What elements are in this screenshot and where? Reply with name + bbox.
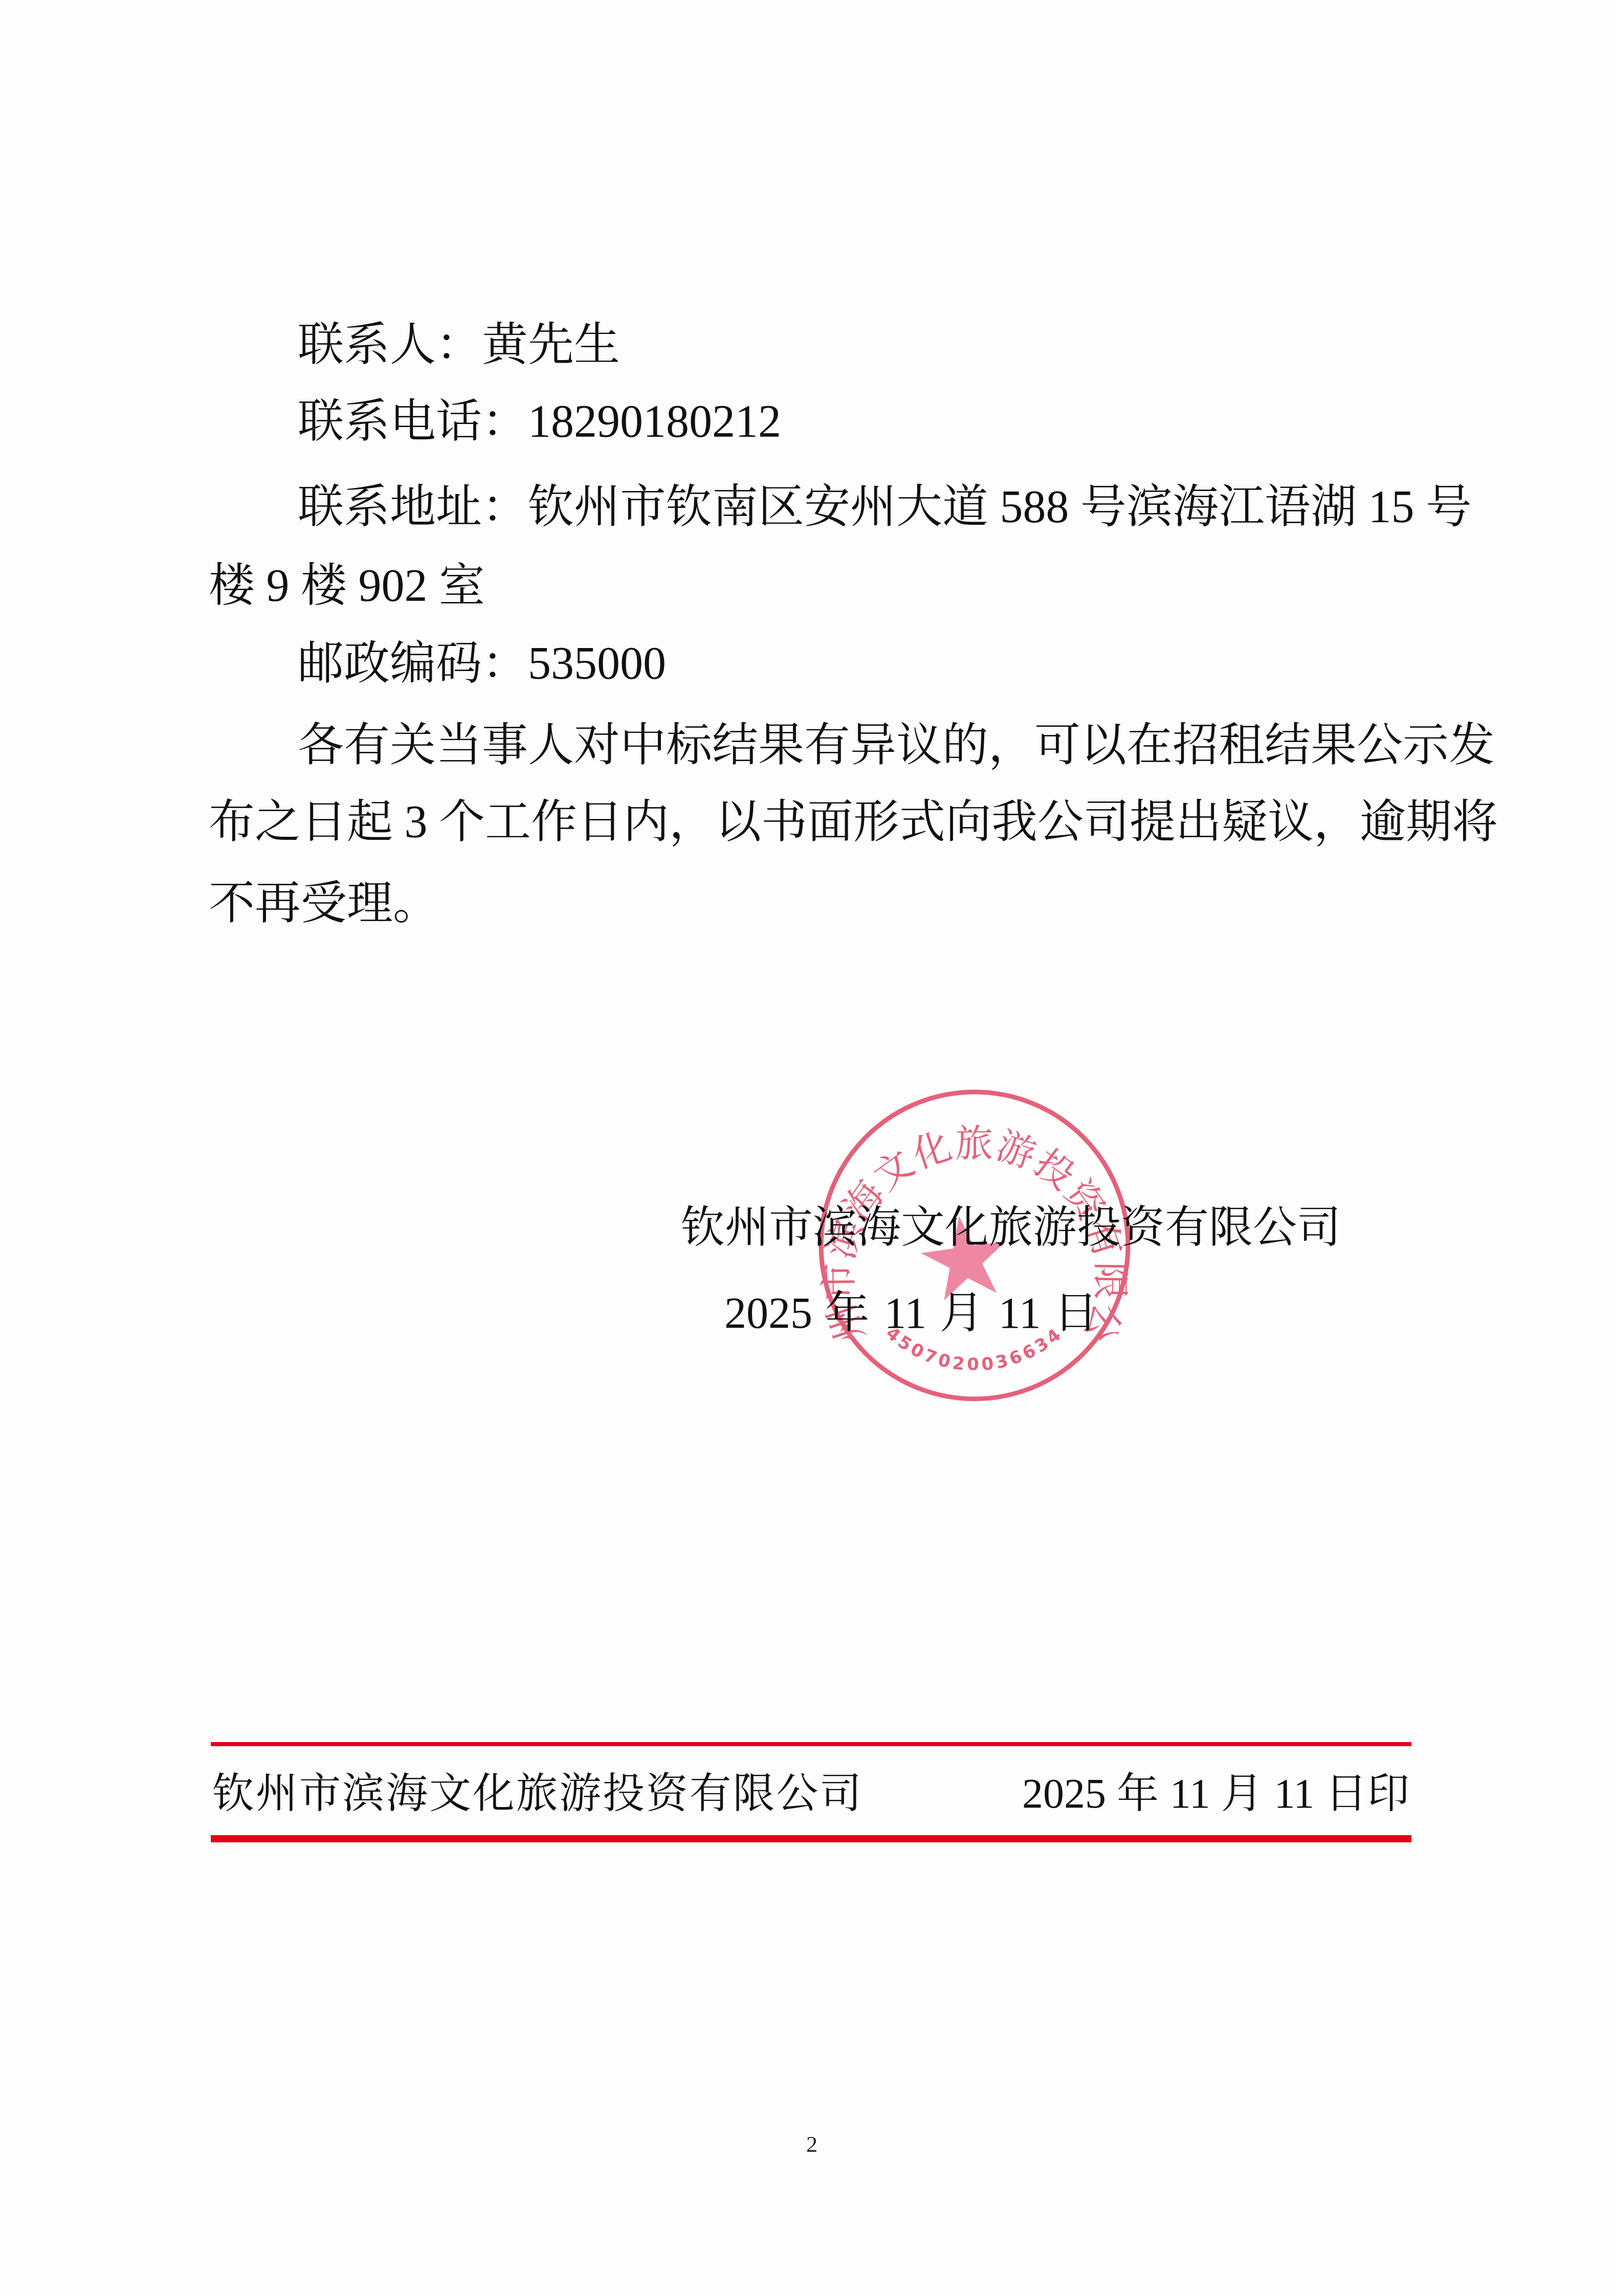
- notice-line-2: 布之日起 3 个工作日内，以书面形式向我公司提出疑议，逾期将: [209, 792, 1412, 853]
- contact-phone: 联系电话：18290180212: [298, 391, 781, 453]
- postal-code: 邮政编码：535000: [298, 633, 666, 695]
- contact-address-line2: 楼 9 楼 902 室: [209, 555, 485, 617]
- signature-company: 钦州市滨海文化旅游投资有限公司: [681, 1199, 1328, 1256]
- signature-date: 2025 年 11 月 11 日: [724, 1285, 1098, 1341]
- notice-line-3: 不再受理。: [209, 873, 439, 934]
- contact-address-line1: 联系地址：钦州市钦南区安州大道 588 号滨海江语湖 15 号: [298, 477, 1412, 538]
- footer-company: 钦州市滨海文化旅游投资有限公司: [212, 1767, 861, 1820]
- page-number: 2: [802, 2132, 822, 2157]
- footer-print-date: 2025 年 11 月 11 日印: [1022, 1767, 1409, 1820]
- footer-top-rule: [211, 1742, 1411, 1746]
- notice-line-1: 各有关当事人对中标结果有异议的，可以在招租结果公示发: [298, 715, 1412, 776]
- contact-person: 联系人：黄先生: [298, 315, 620, 376]
- document-page: 联系人：黄先生 联系电话：18290180212 联系地址：钦州市钦南区安州大道…: [0, 0, 1614, 2296]
- footer-bottom-rule: [211, 1835, 1411, 1842]
